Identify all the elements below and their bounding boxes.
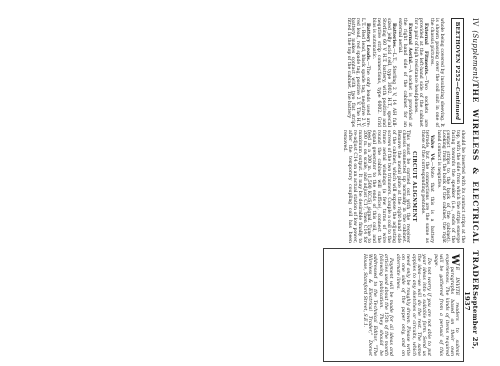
section-heading: CIRCUIT ALIGNMENT (411, 130, 416, 243)
paragraph: Valve V4.—Note that this is a battery te… (419, 130, 434, 243)
article-title-box: BEETHOVEN P252—Continued (451, 18, 464, 124)
notice-paragraph: WE INVITE readers to submit paragraphs b… (433, 254, 459, 356)
article-title: BEETHOVEN P252 (455, 22, 461, 82)
screenshot-root: IV(Supplement) THE WIRELESS & ELECTRICAL… (0, 0, 500, 366)
page-number: IV (471, 18, 479, 26)
paragraph: External Fitments.—Two sockets are provi… (412, 18, 427, 127)
running-header: IV(Supplement) THE WIRELESS & ELECTRICAL… (468, 18, 480, 356)
paragraph: External Aerial.—A socket is provided at… (396, 18, 411, 127)
dropcap-w: W (451, 254, 459, 266)
paragraph: This must be carried out with the receiv… (341, 130, 409, 243)
paragraph: whole being covered by insulating sleevi… (428, 18, 443, 127)
editorial-notice-box: WE INVITE readers to submit paragraphs b… (323, 248, 464, 362)
notice-paragraph: Payment will be made for all ideas and a… (362, 254, 393, 356)
column-middle: should be inserted with its contact stri… (340, 130, 464, 243)
continued-label: —Continued (455, 81, 461, 120)
column-left: whole being covered by insulating sleevi… (343, 18, 443, 127)
scanned-page: IV(Supplement) THE WIRELESS & ELECTRICAL… (0, 0, 500, 366)
paragraph: Battery Leads.—The only leads used are: … (345, 18, 369, 127)
paragraph: should be inserted with its contact stri… (435, 130, 464, 243)
supplement-label: (Supplement) (471, 30, 479, 82)
paragraph: Batteries.—L.T., Sterling 2 V, 14 AH ful… (370, 18, 394, 127)
issue-date: September 25, 1937 (463, 291, 479, 356)
masthead-title: THE WIRELESS & ELECTRICAL TRADER (471, 82, 480, 291)
notice-paragraph: Do not worry if you are not able to put … (395, 254, 431, 356)
page-folio: IV(Supplement) (471, 18, 479, 82)
